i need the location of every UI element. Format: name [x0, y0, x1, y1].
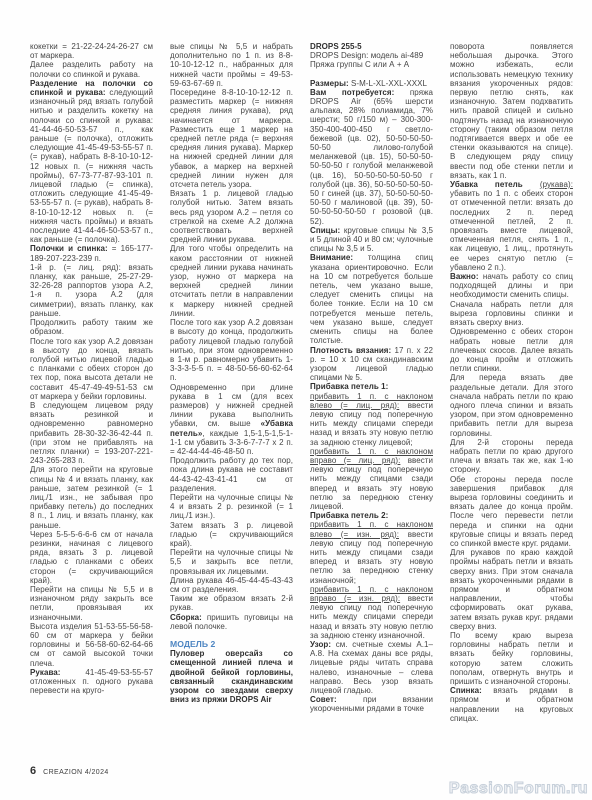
bold-text: Убавка петель [450, 180, 523, 189]
body-text: DROPS Design: модель ai-489 [310, 51, 423, 60]
bold-text: Размеры: [310, 79, 349, 88]
body-text: вые спицы № 5,5 и набрать дополнительно … [170, 42, 293, 88]
paragraph: Для переда вязать две раздельные детали.… [450, 373, 573, 437]
body-text: Для 2-й стороны переда набрать петли по … [450, 438, 573, 475]
paragraph: Продолжить работу до тех пор, пока длина… [170, 456, 293, 493]
paragraph: 1-й р. (= лиц. ряд): вязать планку, как … [30, 263, 153, 318]
text-column-1: кокетки = 21-22-24-24-26-27 см от маркер… [30, 42, 153, 723]
body-text: см. счетные схемы А.1–А.8. На схемах дан… [310, 640, 433, 695]
page-footer: 6 CREAZION 4/2024 [30, 765, 109, 777]
pattern-number: DROPS 255-5 [310, 42, 433, 51]
body-text: Вязать 1 р. лицевой гладью голубой нитью… [170, 189, 293, 244]
paragraph: По всему краю выреза горловины набрать п… [450, 631, 573, 686]
bold-text: Рукава: [30, 668, 61, 677]
body-text: Продолжить работу таким же образом. [30, 318, 153, 336]
bold-text: Сборка: [170, 613, 202, 622]
paragraph: Пряжа группы С или А + А [310, 60, 433, 69]
body-text: Пряжа группы С или А + А [310, 60, 409, 69]
text-column-4: поворота появляется небольшая дырочка. Э… [450, 42, 573, 723]
body-text: Далее разделить работу на полочки со спи… [30, 60, 153, 78]
paragraph: Внимание: толщина спиц указана ориентиро… [310, 253, 433, 345]
body-text: МОДЕЛЬ 2 [170, 639, 215, 649]
body-text: Посередине 8-8-10-10-12-12 п. разместить… [170, 88, 293, 189]
text-column-2: вые спицы № 5,5 и набрать дополнительно … [170, 42, 293, 723]
watermark: PassionForum.ru [449, 780, 588, 798]
body-text: Продолжить работу до тех пор, пока длина… [170, 456, 293, 493]
body-text: Для рукавов по краю каждой проймы набрат… [450, 548, 573, 631]
bold-text: Внимание: [310, 253, 353, 262]
paragraph: Затем вязать 3 р. лицевой гладью (= скру… [170, 521, 293, 549]
paragraph: Убавка петель (рукава): убавить по 1 п. … [450, 180, 573, 272]
body-text [523, 180, 540, 189]
body-text: После того как узор А.2 довязан в высоту… [30, 337, 153, 401]
paragraph: Через 5-5-5-6-6-6 см от начала резинки, … [30, 530, 153, 585]
paragraph: Разделение на полочки со спинкой и рукав… [30, 79, 153, 245]
page-number: 6 [30, 765, 36, 777]
paragraph: Спинка: вязать рядами в прямом и обратно… [450, 686, 573, 723]
body-text: убавить по 1 п. с обеих сторон от отмече… [450, 189, 573, 272]
paragraph: Одновременно при длине рукава в 1 см (дл… [170, 383, 293, 457]
bold-text: Прибавка петель 1: [310, 382, 388, 391]
paragraph: Узор: см. счетные схемы А.1–А.8. На схем… [310, 640, 433, 695]
paragraph: Продолжить работу таким же образом. [30, 318, 153, 336]
paragraph: Одновременно с обеих сторон набрать новы… [450, 327, 573, 373]
paragraph: Прибавка петель 1: [310, 382, 433, 391]
paragraph: Полочки и спинка: = 165-177-189-207-223-… [30, 244, 153, 262]
body-text: Одновременно с обеих сторон набрать новы… [450, 327, 573, 373]
paragraph: Размеры: S-M-L-XL-XXL-XXXL [310, 79, 433, 88]
paragraph: Обе стороны переда после завершения приб… [450, 475, 573, 549]
bold-text: Спинка: [450, 686, 482, 695]
body-text: Обе стороны переда после завершения приб… [450, 475, 573, 548]
bold-text: Полочки и спинка: [30, 244, 108, 253]
paragraph: Высота изделия 51-53-55-56-58-60 см от м… [30, 622, 153, 668]
paragraph: Для 2-й стороны переда набрать петли по … [450, 438, 573, 475]
body-text: Сначала набрать петли для выреза горлови… [450, 300, 573, 327]
body-text: ввести левую спицу под поперечную нить м… [310, 456, 433, 511]
paragraph: Вязать 1 р. лицевой гладью голубой нитью… [170, 189, 293, 244]
magazine-page: кокетки = 21-22-24-24-26-27 см от маркер… [0, 0, 592, 800]
paragraph: Перейти на чулочные спицы № 5,5 и закрыт… [170, 548, 293, 576]
magazine-name: CREAZION 4/2024 [43, 769, 109, 776]
paragraph: вые спицы № 5,5 и набрать дополнительно … [170, 42, 293, 88]
bold-text: Совет: [310, 695, 337, 704]
paragraph: Перейти на чулочные спицы № 4 и вязать 2… [170, 493, 293, 521]
body-text: пряжа DROPS Air (65% шерсти альпака, 28%… [310, 88, 433, 226]
bold-text: Пуловер оверсайз со смещенной линией пле… [170, 649, 293, 704]
bold-text: Плотность вязания: [310, 346, 391, 355]
paragraph: Рукава: 41-45-49-53-55-57 отложенных п. … [30, 668, 153, 696]
bold-text: Узор: [310, 640, 331, 649]
body-text: По всему краю выреза горловины набрать п… [450, 631, 573, 686]
paragraph: DROPS Design: модель ai-489 [310, 51, 433, 60]
paragraph: Длина рукава 46-45-44-45-43-43 см от раз… [170, 576, 293, 594]
paragraph: Сборка: пришить пуговицы на левой полочк… [170, 613, 293, 631]
paragraph: Вам потребуется: пряжа DROPS Air (65% ше… [310, 88, 433, 226]
body-text: Таким же образом вязать 2-й рукав. [170, 594, 293, 612]
paragraph: прибавить 1 п. с наклоном вправо (= лиц.… [310, 447, 433, 511]
body-text: следующий изнаночный ряд вязать голубой … [30, 88, 153, 244]
paragraph: Пуловер оверсайз со смещенной линией пле… [170, 649, 293, 704]
body-text: Перейти на чулочные спицы № 5,5 и закрыт… [170, 548, 293, 575]
body-text: Затем вязать 3 р. лицевой гладью (= скру… [170, 521, 293, 548]
paragraph: прибавить 1 п. с наклоном вправо (= изн.… [310, 585, 433, 640]
text-column-3: DROPS 255-5DROPS Design: модель ai-489Пр… [310, 42, 433, 723]
paragraph: Сначала набрать петли для выреза горлови… [450, 300, 573, 328]
body-text: Через 5-5-5-6-6-6 см от начала резинки, … [30, 530, 153, 585]
bold-text: DROPS 255-5 [310, 42, 362, 51]
body-text: После того как узор А.2 довязан в высоту… [170, 318, 293, 382]
body-text: Перейти на чулочные спицы № 4 и вязать 2… [170, 493, 293, 520]
paragraph: Спицы: круговые спицы № 3,5 и 5 длиной 4… [310, 226, 433, 254]
paragraph: После того как узор А.2 довязан в высоту… [170, 318, 293, 382]
model-2-heading: МОДЕЛЬ 2 [170, 640, 293, 649]
body-text: Для этого перейти на круговые спицы № 4 … [30, 465, 153, 529]
paragraph-gap [310, 70, 433, 79]
bold-text: Вам потребуется: [310, 88, 394, 97]
paragraph: Таким же образом вязать 2-й рукав. [170, 594, 293, 612]
paragraph: Прибавка петель 2: [310, 511, 433, 520]
paragraph: кокетки = 21-22-24-24-26-27 см от маркер… [30, 42, 153, 60]
body-text: Для того чтобы определить на каком расст… [170, 244, 293, 317]
body-text: Перейти на спицы № 5,5 и в изнаночном ря… [30, 585, 153, 622]
body-text: Для переда вязать две раздельные детали.… [450, 373, 573, 437]
paragraph: Для того чтобы определить на каком расст… [170, 244, 293, 318]
bold-text: Прибавка петель 2: [310, 511, 388, 520]
body-text: поворота появляется небольшая дырочка. Э… [450, 42, 573, 180]
bold-text: Важно: [450, 272, 479, 281]
paragraph: Для рукавов по краю каждой проймы набрат… [450, 548, 573, 631]
underlined-text: (рукава): [540, 180, 573, 189]
paragraph: Далее разделить работу на полочки со спи… [30, 60, 153, 78]
body-text: В следующем лицевом ряду вязать резинкой… [30, 401, 153, 465]
body-text: толщина спиц указана ориентировочно. Есл… [310, 253, 433, 345]
paragraph: прибавить 1 п. с наклоном влево (= лиц. … [310, 392, 433, 447]
text-columns: кокетки = 21-22-24-24-26-27 см от маркер… [30, 42, 573, 723]
paragraph: поворота появляется небольшая дырочка. Э… [450, 42, 573, 180]
body-text: Высота изделия 51-53-55-56-58-60 см от м… [30, 622, 153, 668]
body-text: ввести левую спицу под поперечную нить м… [310, 530, 433, 585]
bold-text: Спицы: [310, 226, 340, 235]
paragraph: В следующем лицевом ряду вязать резинкой… [30, 401, 153, 465]
body-text: 1-й р. (= лиц. ряд): вязать планку, как … [30, 263, 153, 318]
body-text: кокетки = 21-22-24-24-26-27 см от маркер… [30, 42, 153, 60]
paragraph: Посередине 8-8-10-10-12-12 п. разместить… [170, 88, 293, 189]
paragraph: Перейти на спицы № 5,5 и в изнаночном ря… [30, 585, 153, 622]
body-text: Длина рукава 46-45-44-45-43-43 см от раз… [170, 576, 293, 594]
paragraph: Для этого перейти на круговые спицы № 4 … [30, 465, 153, 529]
paragraph: Важно: начать работу со спиц подходящей … [450, 272, 573, 300]
paragraph: прибавить 1 п. с наклоном влево (= изн. … [310, 520, 433, 584]
body-text: S-M-L-XL-XXL-XXXL [349, 79, 427, 88]
paragraph: Совет: при вязании укороченными рядами в… [310, 695, 433, 713]
paragraph: После того как узор А.2 довязан в высоту… [30, 337, 153, 401]
paragraph: Плотность вязания: 17 п. х 22 р. = 10 х … [310, 346, 433, 383]
